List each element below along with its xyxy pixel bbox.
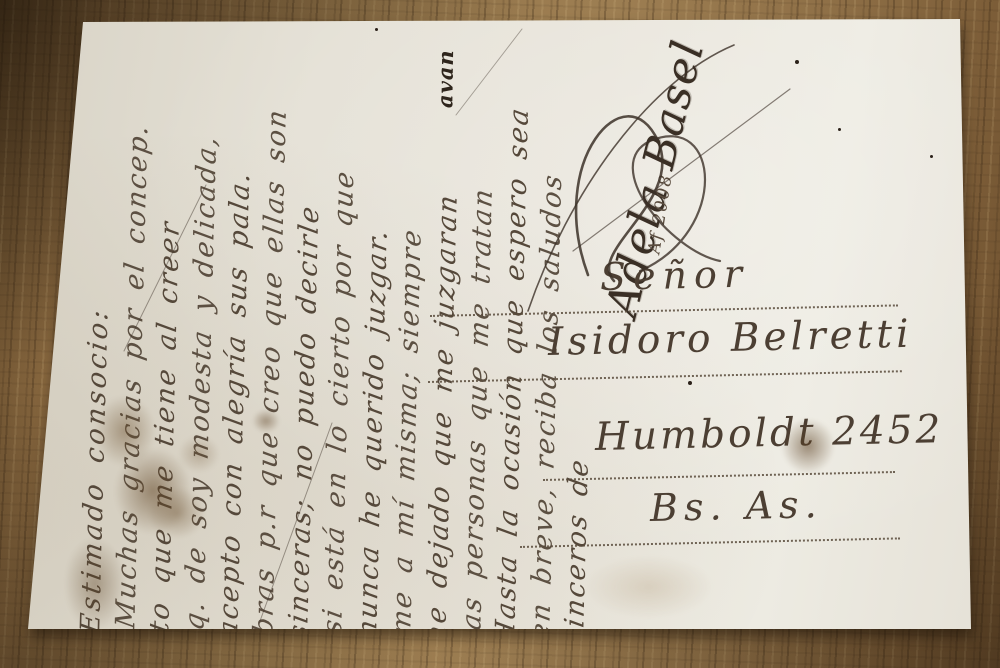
handwritten-message: Estimado consocio: Muchas gracias por el… [74,23,610,646]
postcard-photo: Estimado consocio: Muchas gracias por el… [0,0,1000,668]
address-city: Bs. As. [650,482,824,530]
paper-speck [688,381,692,385]
ink-stain [64,537,126,631]
address-recipient-name: Isidoro Belretti [547,312,913,365]
postcard-surface: Estimado consocio: Muchas gracias por el… [28,19,971,629]
paper-stain [584,555,714,619]
ink-stain [780,417,836,475]
paper-speck [930,155,933,158]
paper-speck [838,128,841,131]
paper-speck [375,28,378,31]
paper-speck [795,60,799,64]
inserted-correction-word: avan [432,16,460,108]
ink-stain [252,409,280,433]
address-street: Humboldt 2452 [594,407,943,460]
ink-stain [178,435,220,473]
postcard-card: Estimado consocio: Muchas gracias por el… [28,19,971,629]
ink-stain [148,487,206,539]
address-salutation: Señor [600,252,750,299]
